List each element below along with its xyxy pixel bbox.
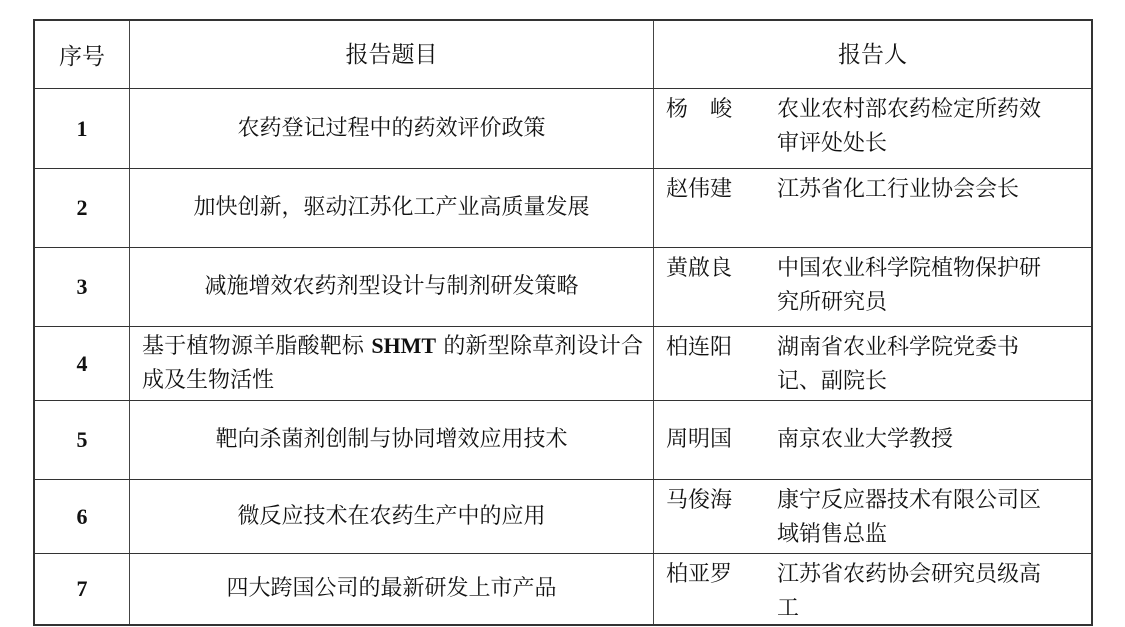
row-number: 4 xyxy=(35,327,130,400)
speaker-affiliation: 农业农村部农药检定所药效审评处处长 xyxy=(777,93,1062,161)
speaker-affiliation: 康宁反应器技术有限公司区域销售总监 xyxy=(777,484,1062,552)
table-row: 1 农药登记过程中的药效评价政策 杨 峻 农业农村部农药检定所药效审评处处长 xyxy=(35,89,1091,169)
speaker-name: 赵伟建 xyxy=(666,173,777,207)
table-row: 4 基于植物源羊脂酸靶标 SHMT 的新型除草剂设计合成及生物活性 柏连阳 湖南… xyxy=(35,327,1091,401)
header-title: 报告题目 xyxy=(130,21,654,88)
speaker-name: 柏连阳 xyxy=(666,331,777,399)
speaker-affiliation: 中国农业科学院植物保护研究所研究员 xyxy=(777,252,1062,320)
speaker-cell: 柏亚罗 江苏省农药协会研究员级高工 xyxy=(654,554,1091,624)
table-row: 6 微反应技术在农药生产中的应用 马俊海 康宁反应器技术有限公司区域销售总监 xyxy=(35,480,1091,554)
speaker-cell: 马俊海 康宁反应器技术有限公司区域销售总监 xyxy=(654,480,1091,553)
speaker-name: 柏亚罗 xyxy=(666,558,777,626)
table-row: 2 加快创新，驱动江苏化工产业高质量发展 赵伟建 江苏省化工行业协会会长 xyxy=(35,169,1091,248)
report-title: 加快创新，驱动江苏化工产业高质量发展 xyxy=(130,169,654,247)
speaker-cell: 赵伟建 江苏省化工行业协会会长 xyxy=(654,169,1091,247)
row-number: 6 xyxy=(35,480,130,553)
table-row: 7 四大跨国公司的最新研发上市产品 柏亚罗 江苏省农药协会研究员级高工 xyxy=(35,554,1091,624)
speaker-name: 马俊海 xyxy=(666,484,777,552)
row-number: 1 xyxy=(35,89,130,168)
speaker-name: 杨 峻 xyxy=(666,93,777,161)
speaker-name: 周明国 xyxy=(666,423,777,457)
speaker-cell: 柏连阳 湖南省农业科学院党委书记、副院长 xyxy=(654,327,1091,400)
report-title: 基于植物源羊脂酸靶标 SHMT 的新型除草剂设计合成及生物活性 xyxy=(130,327,654,400)
report-title: 靶向杀菌剂创制与协同增效应用技术 xyxy=(130,401,654,479)
report-schedule-table: 序号 报告题目 报告人 1 农药登记过程中的药效评价政策 杨 峻 农业农村部农药… xyxy=(33,19,1093,626)
speaker-affiliation: 湖南省农业科学院党委书记、副院长 xyxy=(777,331,1062,399)
table-header-row: 序号 报告题目 报告人 xyxy=(35,21,1091,89)
report-title: 农药登记过程中的药效评价政策 xyxy=(130,89,654,168)
row-number: 3 xyxy=(35,248,130,326)
header-speaker: 报告人 xyxy=(654,21,1091,88)
speaker-cell: 黄啟良 中国农业科学院植物保护研究所研究员 xyxy=(654,248,1091,326)
speaker-name: 黄啟良 xyxy=(666,252,777,320)
report-title: 四大跨国公司的最新研发上市产品 xyxy=(130,554,654,624)
row-number: 5 xyxy=(35,401,130,479)
header-no: 序号 xyxy=(35,21,130,88)
report-title: 微反应技术在农药生产中的应用 xyxy=(130,480,654,553)
report-title: 减施增效农药剂型设计与制剂研发策略 xyxy=(130,248,654,326)
report-title-part: 基于植物源羊脂酸靶标 xyxy=(142,334,371,359)
row-number: 2 xyxy=(35,169,130,247)
table-row: 5 靶向杀菌剂创制与协同增效应用技术 周明国 南京农业大学教授 xyxy=(35,401,1091,480)
speaker-affiliation: 江苏省农药协会研究员级高工 xyxy=(777,558,1062,626)
speaker-affiliation: 南京农业大学教授 xyxy=(777,423,1062,457)
speaker-affiliation: 江苏省化工行业协会会长 xyxy=(777,173,1062,207)
table-row: 3 减施增效农药剂型设计与制剂研发策略 黄啟良 中国农业科学院植物保护研究所研究… xyxy=(35,248,1091,327)
row-number: 7 xyxy=(35,554,130,624)
report-title-target: SHMT xyxy=(371,333,436,358)
speaker-cell: 周明国 南京农业大学教授 xyxy=(654,401,1091,479)
speaker-cell: 杨 峻 农业农村部农药检定所药效审评处处长 xyxy=(654,89,1091,168)
